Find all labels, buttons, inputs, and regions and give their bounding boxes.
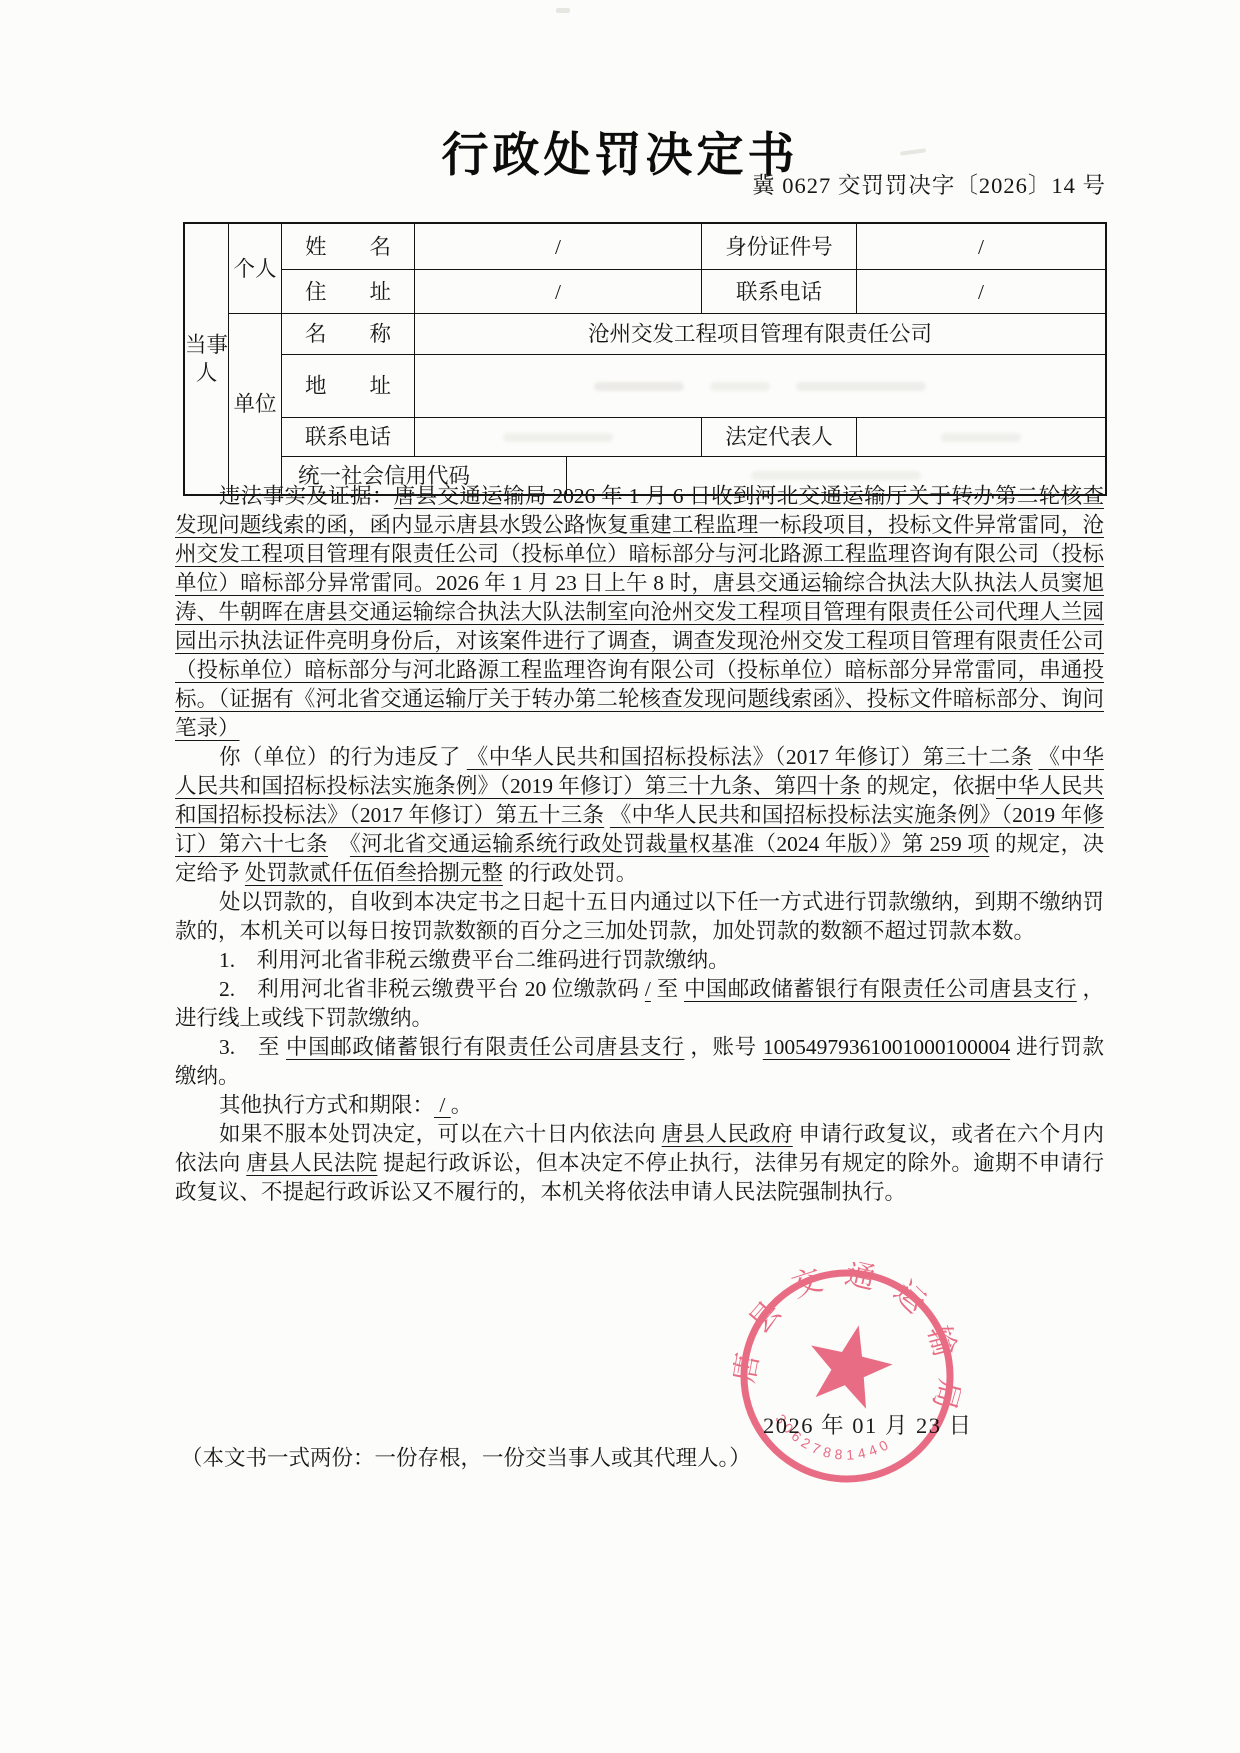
redacted-smudge <box>751 471 921 480</box>
payment-method-2: 2. 利用河北省非税云缴费平台 20 位缴款码 / 至 中国邮政储蓄银行有限责任… <box>175 975 1104 1033</box>
person-phone-value: / <box>857 270 1105 314</box>
unit-address-value <box>415 355 1105 418</box>
redacted-smudge <box>941 433 1021 442</box>
unit-section-label: 单位 <box>229 314 282 494</box>
unit-name-label: 名 称 <box>282 314 415 355</box>
person-section-label: 个人 <box>229 224 282 314</box>
payment-terms-paragraph: 处以罚款的，自收到本决定书之日起十五日内通过以下任一方式进行罚款缴纳，到期不缴纳… <box>175 888 1104 946</box>
unit-phone-label: 联系电话 <box>282 418 415 457</box>
unit-address-label: 地 址 <box>282 355 415 418</box>
appeal-rights-paragraph: 如果不服本处罚决定，可以在六十日内依法向 唐县人民政府 申请行政复议，或者在六个… <box>175 1120 1104 1207</box>
copies-note: （本文书一式两份：一份存根，一份交当事人或其代理人。） <box>181 1441 751 1472</box>
unit-phone-value <box>415 418 702 457</box>
other-execution-line: 其他执行方式和期限： / 。 <box>175 1091 1104 1120</box>
party-group-label: 当事人 <box>185 224 229 494</box>
decision-body: 违法事实及证据：唐县交通运输局 2026 年 1 月 6 日收到河北交通运输厅关… <box>175 482 1104 1207</box>
redacted-smudge <box>710 382 770 391</box>
redacted-smudge <box>796 382 926 391</box>
name-value: / <box>415 224 702 270</box>
legal-basis-paragraph: 你（单位）的行为违反了 《中华人民共和国招标投标法》（2017 年修订）第三十二… <box>175 743 1104 888</box>
unit-name-value: 沧州交发工程项目管理有限责任公司 <box>415 314 1105 355</box>
redacted-smudge <box>594 382 684 391</box>
document-number: 冀 0627 交罚罚决字〔2026〕14 号 <box>752 168 1106 200</box>
party-info-table: 当事人 个人 单位 姓 名 / 身份证件号 / 住 址 / 联系电话 / 名 称… <box>183 222 1107 496</box>
scan-artifact <box>556 8 570 13</box>
payment-method-3: 3. 至 中国邮政储蓄银行有限责任公司唐县支行 ，账号 100549793610… <box>175 1033 1104 1091</box>
seal-star <box>800 1316 899 1412</box>
facts-paragraph: 违法事实及证据：唐县交通运输局 2026 年 1 月 6 日收到河北交通运输厅关… <box>175 482 1104 743</box>
document-page: 行政处罚决定书 冀 0627 交罚罚决字〔2026〕14 号 当事人 个人 单位… <box>0 0 1240 1753</box>
legal-rep-label: 法定代表人 <box>702 418 857 457</box>
name-label: 姓 名 <box>282 224 415 270</box>
residence-value: / <box>415 270 702 314</box>
legal-rep-value <box>857 418 1105 457</box>
payment-method-1: 1. 利用河北省非税云缴费平台二维码进行罚款缴纳。 <box>175 946 1104 975</box>
residence-label: 住 址 <box>282 270 415 314</box>
person-phone-label: 联系电话 <box>702 270 857 314</box>
redacted-smudge <box>503 433 613 442</box>
id-number-value: / <box>857 224 1105 270</box>
id-number-label: 身份证件号 <box>702 224 857 270</box>
official-seal: 唐县交通运输局 1306278814403 <box>733 1262 961 1490</box>
